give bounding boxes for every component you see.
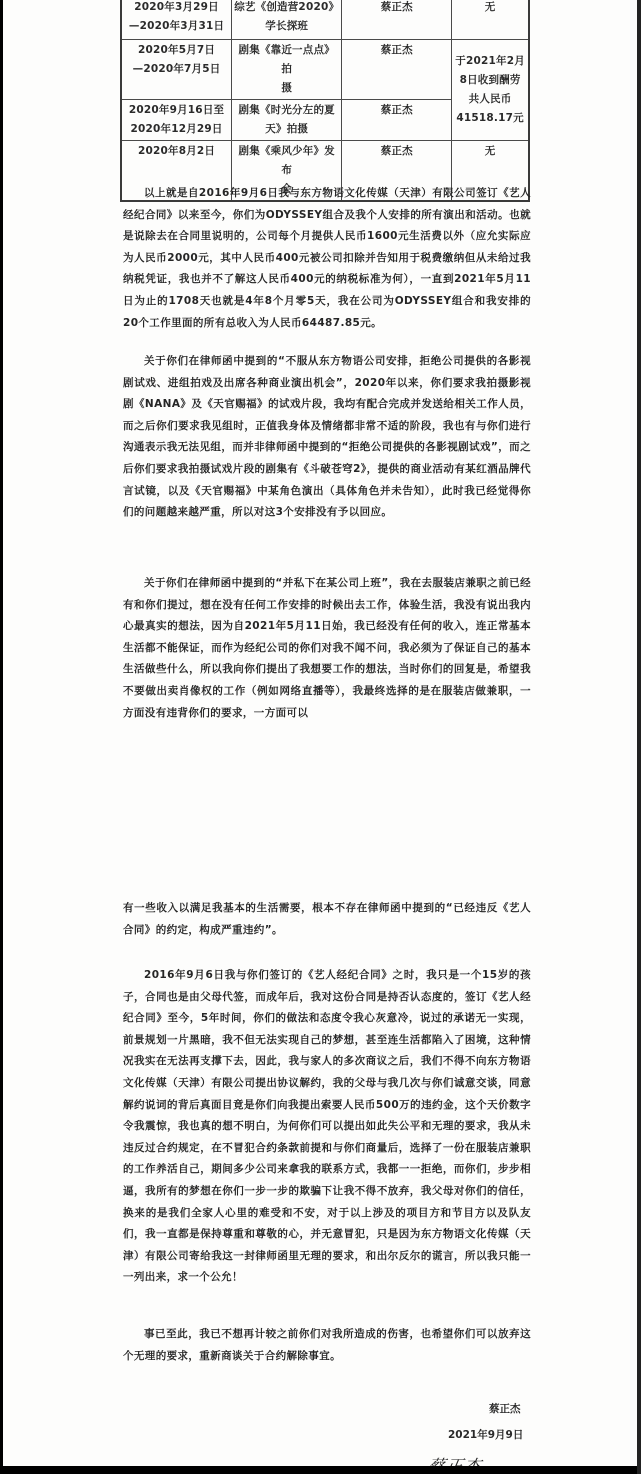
person-cell: 蔡正杰 — [342, 0, 452, 40]
date-cell: 2020年9月16日至 2020年12月29日 — [121, 100, 232, 141]
event-cell: 剧集《靠近一点点》拍 摄 — [232, 40, 342, 100]
table-row: 2020年3月29日 —2020年3月31日 综艺《创造营2020》 学长探班 … — [121, 0, 529, 40]
payment-cell: 无 — [452, 0, 529, 40]
event-cell: 剧集《时光分左的夏 天》拍摄 — [232, 100, 342, 141]
person-cell: 蔡正杰 — [342, 100, 452, 141]
paragraph-contract-history: 2016年9月6日我与你们签订的《艺人经纪合同》之时，我只是一个15岁的孩子，合… — [123, 965, 531, 1289]
handwritten-signature: 蔡正杰 — [426, 1452, 484, 1466]
paragraph-income-summary: 以上就是自2016年9月6日我与东方物语文化传媒（天津）有限公司签订《艺人经纪合… — [123, 183, 531, 334]
signature-date: 2021年9月9日 — [448, 1427, 523, 1442]
page-edge-shadow — [637, 0, 641, 1474]
paragraph-conclusion: 事已至此，我已不想再计较之前你们对我所造成的伤害，也希望你们可以放弃这个无理的要… — [123, 1324, 531, 1367]
date-cell: 2020年3月29日 —2020年3月31日 — [121, 0, 232, 40]
signature-name: 蔡正杰 — [489, 1401, 521, 1416]
person-cell: 蔡正杰 — [342, 40, 452, 100]
paragraph-no-breach: 有一些收入以满足我基本的生活需要，根本不存在律师函中提到的“已经违反《艺人合同》… — [123, 898, 531, 941]
paragraph-part-time-job: 关于你们在律师函中提到的“并私下在某公司上班”，我在去服装店兼职之前已经有和你们… — [123, 573, 531, 724]
payment-cell-merged: 于2021年2月 8日收到酬劳 共人民币 41518.17元 — [452, 40, 529, 141]
table-row: 2020年5月7日 —2020年7月5日 剧集《靠近一点点》拍 摄 蔡正杰 于2… — [121, 40, 529, 100]
paragraph-audition-claims: 关于你们在律师函中提到的“不服从东方物语公司安排，拒绝公司提供的各影视剧试戏、进… — [123, 351, 531, 524]
event-cell: 综艺《创造营2020》 学长探班 — [232, 0, 342, 40]
scanned-letter-page: 2020年3月29日 —2020年3月31日 综艺《创造营2020》 学长探班 … — [3, 0, 637, 1466]
activities-table: 2020年3月29日 —2020年3月31日 综艺《创造营2020》 学长探班 … — [120, 0, 530, 202]
date-cell: 2020年5月7日 —2020年7月5日 — [121, 40, 232, 100]
